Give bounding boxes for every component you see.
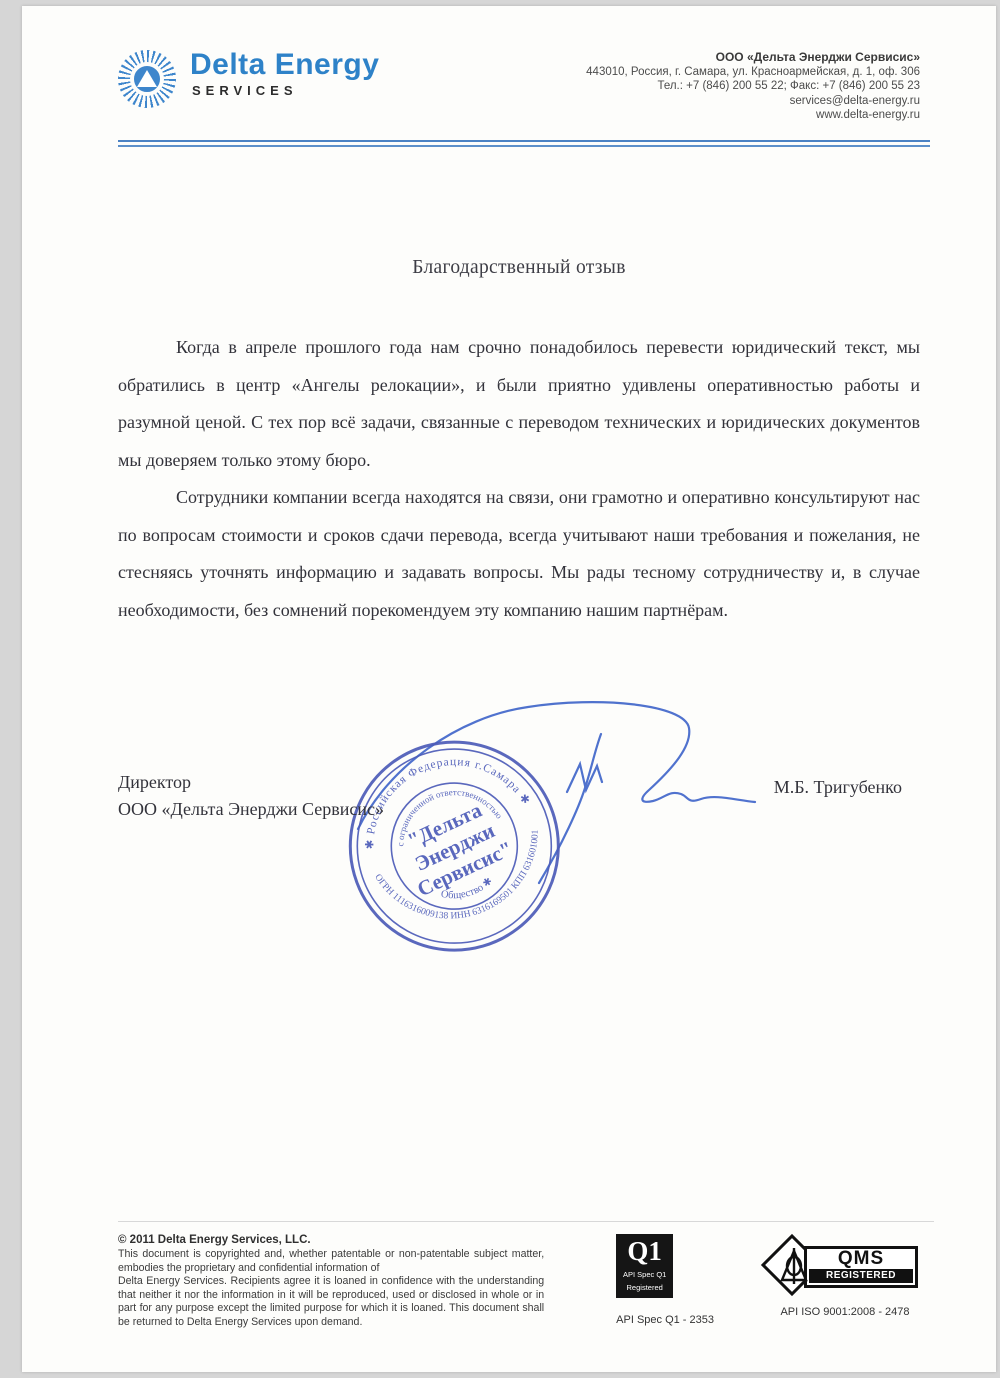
logo-subtitle: SERVICES	[192, 84, 379, 97]
sunburst-triangle-icon	[118, 50, 176, 108]
contact-phone-fax: Тел.: +7 (846) 200 55 22; Факс: +7 (846)…	[586, 79, 920, 94]
signatory-block: Директор ООО «Дельта Энерджи Сервисис»	[118, 769, 384, 823]
copyright-line: © 2011 Delta Energy Services, LLC.	[118, 1234, 544, 1246]
contact-email: services@delta-energy.ru	[586, 94, 920, 109]
qms-registered-logo: QMS REGISTERED	[770, 1240, 920, 1292]
q1-logo-text: Q1	[616, 1236, 673, 1266]
qms-box: QMS REGISTERED	[804, 1246, 918, 1288]
signatory-name: М.Б. Тригубенко	[774, 777, 902, 798]
letter-paragraph: Когда в апреле прошлого года нам срочно …	[118, 329, 920, 479]
qms-caption: API ISO 9001:2008 - 2478	[780, 1306, 909, 1318]
contact-website: www.delta-energy.ru	[586, 108, 920, 123]
q1-logo-sub2: Registered	[616, 1283, 673, 1292]
q1-caption: API Spec Q1 - 2353	[616, 1314, 714, 1326]
header-divider	[118, 140, 930, 147]
contact-address: 443010, Россия, г. Самара, ул. Красноарм…	[586, 65, 920, 80]
qms-word: QMS	[807, 1249, 915, 1269]
footer-legal-block: © 2011 Delta Energy Services, LLC. This …	[118, 1234, 544, 1330]
letterhead: Delta Energy SERVICES ООО «Дельта Энердж…	[118, 46, 920, 124]
scanned-letter-page: Delta Energy SERVICES ООО «Дельта Энердж…	[22, 6, 996, 1372]
cert-api-q1: Q1 API Spec Q1 Registered API Spec Q1 - …	[616, 1234, 714, 1326]
contact-company: ООО «Дельта Энерджи Сервисис»	[586, 50, 920, 65]
cert-api-qms: QMS REGISTERED API ISO 9001:2008 - 2478	[770, 1234, 920, 1318]
legal-text-2: Delta Energy Services. Recipients agree …	[118, 1275, 544, 1329]
letter-paragraph: Сотрудники компании всегда находятся на …	[118, 479, 920, 629]
q1-logo-sub1: API Spec Q1	[616, 1270, 673, 1279]
letter-title: Благодарственный отзыв	[118, 257, 920, 279]
api-q1-logo: Q1 API Spec Q1 Registered	[616, 1234, 673, 1298]
signature-area: ✱ Российская Федерация г.Самара ✱ ОГРН 1…	[118, 629, 920, 1061]
footer-divider	[118, 1221, 934, 1222]
letter-body: Когда в апреле прошлого года нам срочно …	[118, 329, 920, 629]
api-monogram-icon	[779, 1248, 809, 1284]
qms-registered-label: REGISTERED	[809, 1269, 913, 1283]
logo-name: Delta Energy	[190, 50, 379, 80]
signatory-company: ООО «Дельта Энерджи Сервисис»	[118, 796, 384, 823]
footer: © 2011 Delta Energy Services, LLC. This …	[118, 1234, 920, 1330]
logo-wordmark: Delta Energy SERVICES	[190, 50, 379, 97]
contact-block: ООО «Дельта Энерджи Сервисис» 443010, Ро…	[586, 46, 920, 123]
signatory-role: Директор	[118, 769, 384, 796]
legal-text-1: This document is copyrighted and, whethe…	[118, 1248, 544, 1275]
company-logo: Delta Energy SERVICES	[118, 46, 379, 108]
